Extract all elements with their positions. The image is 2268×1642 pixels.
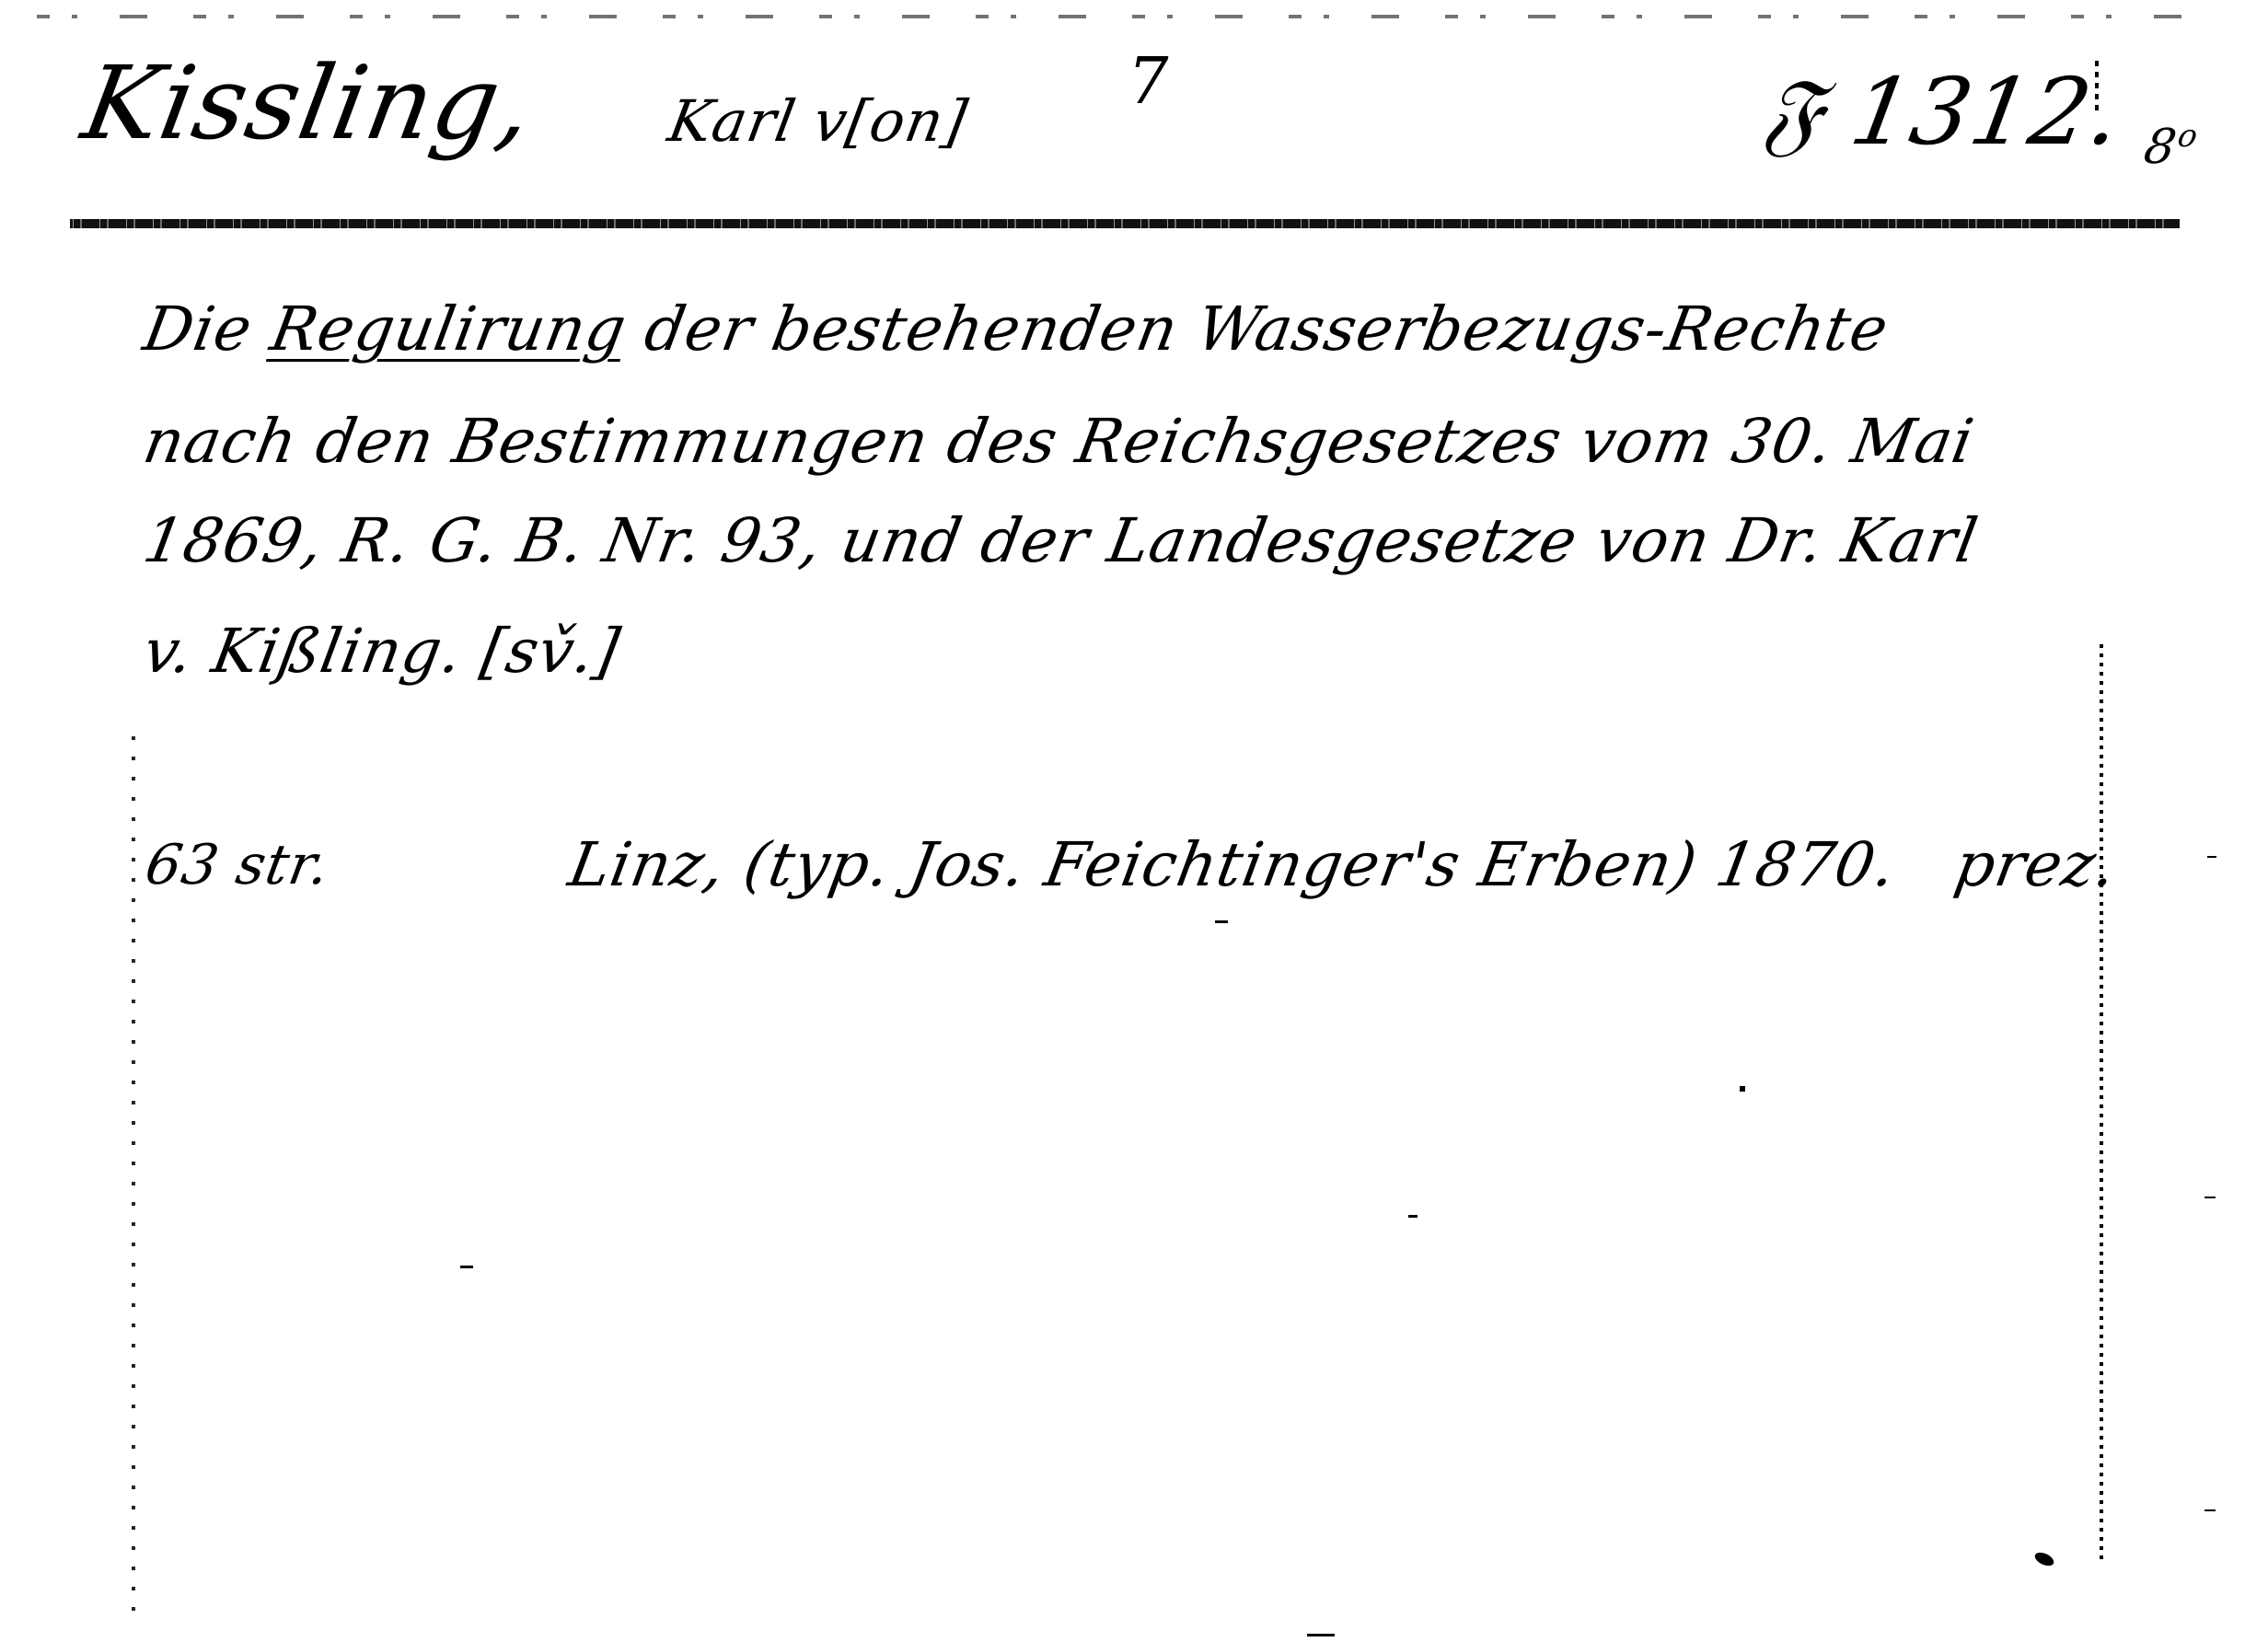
ink-blot [2032,1550,2055,1568]
title-line-2: nach den Bestimmungen des Reichsgesetzes… [138,405,1980,479]
scan-speck [1408,1215,1417,1218]
scan-speck [2207,856,2216,858]
left-margin-dotted-line [132,736,135,1620]
imprint-place-publisher-year: Linz, (typ. Jos. Feichtinger's Erben) 18… [563,828,2123,902]
imprint-text: Linz, (typ. Jos. Feichtinger's Erben) 18… [563,829,1902,900]
title-line-1-start: Die [138,294,278,364]
shelfmark: 𝔉 1312. [1753,57,2131,168]
title-line-1-end: der bestehenden Wasserbezugs-Rechte [619,294,1894,364]
scan-speck [1215,920,1228,923]
filing-keyword-underlined: Regulirung [265,294,631,364]
catalog-card: Kissling, Karl v[on] 7 𝔉 1312. 8o Die Re… [0,0,2268,1642]
title-line-1: Die Regulirung der bestehenden Wasserbez… [138,293,1894,366]
heading-annotation-mark: 7 [1121,44,1176,118]
scan-speck [460,1266,473,1268]
heading-forename: Karl v[on] [663,85,973,158]
dashed-tick-mark [2095,61,2099,112]
heading-surname: Kissling, [74,39,544,168]
right-margin-dotted-line [2100,644,2103,1565]
scan-speck [2204,1197,2216,1198]
scan-speck [1307,1634,1335,1636]
imprint-pages: 63 str. [140,828,336,902]
format-mark: 8o [2140,109,2203,175]
scan-speck [1740,1086,1745,1092]
format-base: 8 [2140,120,2181,175]
scan-speck [2204,1509,2216,1511]
heading-rule [70,219,2180,228]
title-line-4: v. Kißling. [sv̌.] [138,615,626,688]
title-line-3: 1869, R. G. B. Nr. 93, und der Landesges… [138,504,1984,578]
scan-edge-speckle [37,15,2227,18]
imprint-note: prez. [1950,829,2122,900]
